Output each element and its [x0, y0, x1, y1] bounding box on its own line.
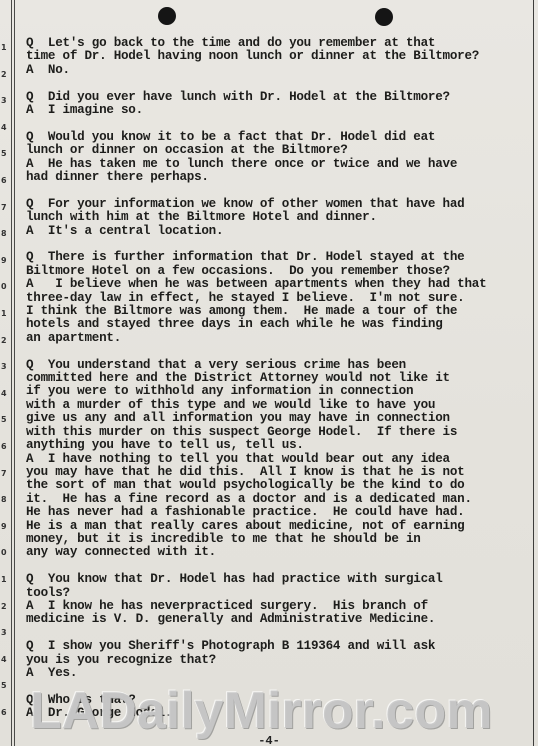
- question-line: Q There is further information that Dr. …: [26, 251, 536, 264]
- text-line: any way connected with it.: [26, 546, 536, 559]
- line-number: 4: [1, 123, 7, 132]
- text-line: lunch or dinner on occasion at the Biltm…: [26, 144, 536, 157]
- text-line: money, but it is incredible to me that h…: [26, 533, 536, 546]
- line-number: 5: [1, 681, 7, 690]
- text-line: anything you have to tell us, tell us.: [26, 439, 536, 452]
- line-number: 1: [1, 575, 7, 584]
- question-line: Q Did you ever have lunch with Dr. Hodel…: [26, 91, 536, 104]
- left-margin-rule: [11, 0, 12, 746]
- text-line: lunch with him at the Biltmore Hotel and…: [26, 211, 536, 224]
- line-number: 2: [1, 602, 7, 611]
- text-line: medicine is V. D. generally and Administ…: [26, 613, 536, 626]
- line-number: 7: [1, 469, 7, 478]
- line-number: 3: [1, 628, 7, 637]
- transcript-body: Q Let's go back to the time and do you r…: [26, 37, 536, 734]
- line-number: 6: [1, 442, 7, 451]
- line-number: 8: [1, 229, 7, 238]
- question-line: Q Would you know it to be a fact that Dr…: [26, 131, 536, 144]
- text-line: had dinner there perhaps.: [26, 171, 536, 184]
- text-line: three-day law in effect, he stayed I bel…: [26, 292, 536, 305]
- text-line: you may have that he did this. All I kno…: [26, 466, 536, 479]
- question-line: Q You know that Dr. Hodel has had practi…: [26, 573, 536, 586]
- line-number: 4: [1, 655, 7, 664]
- line-number: 3: [1, 362, 7, 371]
- left-margin-rule-inner: [14, 0, 15, 746]
- qa-exchange: Q You understand that a very serious cri…: [26, 359, 536, 560]
- qa-exchange: Q You know that Dr. Hodel has had practi…: [26, 573, 536, 627]
- line-number: 2: [1, 70, 7, 79]
- line-number: 7: [1, 203, 7, 212]
- line-number: 9: [1, 256, 7, 265]
- punch-hole-icon: [158, 7, 176, 25]
- question-line: Q For your information we know of other …: [26, 198, 536, 211]
- text-line: He is a man that really cares about medi…: [26, 520, 536, 533]
- transcript-page: 12345678901234567890123456 Q Let's go ba…: [0, 0, 538, 746]
- line-number: 5: [1, 149, 7, 158]
- answer-line: A He has taken me to lunch there once or…: [26, 158, 536, 171]
- text-line: Biltmore Hotel on a few occasions. Do yo…: [26, 265, 536, 278]
- qa-exchange: Q Would you know it to be a fact that Dr…: [26, 131, 536, 185]
- text-line: an apartment.: [26, 332, 536, 345]
- answer-line: A I imagine so.: [26, 104, 536, 117]
- punch-hole-icon: [375, 8, 393, 26]
- line-number: 0: [1, 282, 7, 291]
- line-number: 5: [1, 415, 7, 424]
- answer-line: A I believe when he was between apartmen…: [26, 278, 536, 291]
- qa-exchange: Q I show you Sheriff's Photograph B 1193…: [26, 640, 536, 680]
- question-line: Q I show you Sheriff's Photograph B 1193…: [26, 640, 536, 653]
- answer-line: A I have nothing to tell you that would …: [26, 453, 536, 466]
- line-number: 9: [1, 522, 7, 531]
- line-number: 1: [1, 43, 7, 52]
- text-line: time of Dr. Hodel having noon lunch or d…: [26, 50, 536, 63]
- text-line: tools?: [26, 587, 536, 600]
- text-line: I think the Biltmore was among them. He …: [26, 305, 536, 318]
- line-number: 1: [1, 309, 7, 318]
- answer-line: A Yes.: [26, 667, 536, 680]
- line-number: 2: [1, 336, 7, 345]
- qa-exchange: Q Let's go back to the time and do you r…: [26, 37, 536, 77]
- question-line: Q You understand that a very serious cri…: [26, 359, 536, 372]
- page-number: -4-: [0, 734, 538, 746]
- line-number: 6: [1, 708, 7, 717]
- line-number: 3: [1, 96, 7, 105]
- line-number: 0: [1, 548, 7, 557]
- answer-line: A No.: [26, 64, 536, 77]
- qa-exchange: Q There is further information that Dr. …: [26, 251, 536, 345]
- answer-line: A I know he has neverpracticed surgery. …: [26, 600, 536, 613]
- text-line: give us any and all information you may …: [26, 412, 536, 425]
- answer-line: A It's a central location.: [26, 225, 536, 238]
- text-line: it. He has a fine record as a doctor and…: [26, 493, 536, 506]
- line-number: 6: [1, 176, 7, 185]
- qa-exchange: Q Did you ever have lunch with Dr. Hodel…: [26, 91, 536, 118]
- text-line: the sort of man that would psychological…: [26, 479, 536, 492]
- qa-exchange: Q For your information we know of other …: [26, 198, 536, 238]
- question-line: Q Let's go back to the time and do you r…: [26, 37, 536, 50]
- text-line: committed here and the District Attorney…: [26, 372, 536, 385]
- text-line: with a murder of this type and we would …: [26, 399, 536, 412]
- line-number: 8: [1, 495, 7, 504]
- text-line: He has never had a fashionable practice.…: [26, 506, 536, 519]
- text-line: with this murder on this suspect George …: [26, 426, 536, 439]
- text-line: hotels and stayed three days in each whi…: [26, 318, 536, 331]
- text-line: you is you recognize that?: [26, 654, 536, 667]
- line-number: 4: [1, 389, 7, 398]
- watermark: LADailyMirror.com: [30, 681, 530, 741]
- text-line: if you were to withhold any information …: [26, 385, 536, 398]
